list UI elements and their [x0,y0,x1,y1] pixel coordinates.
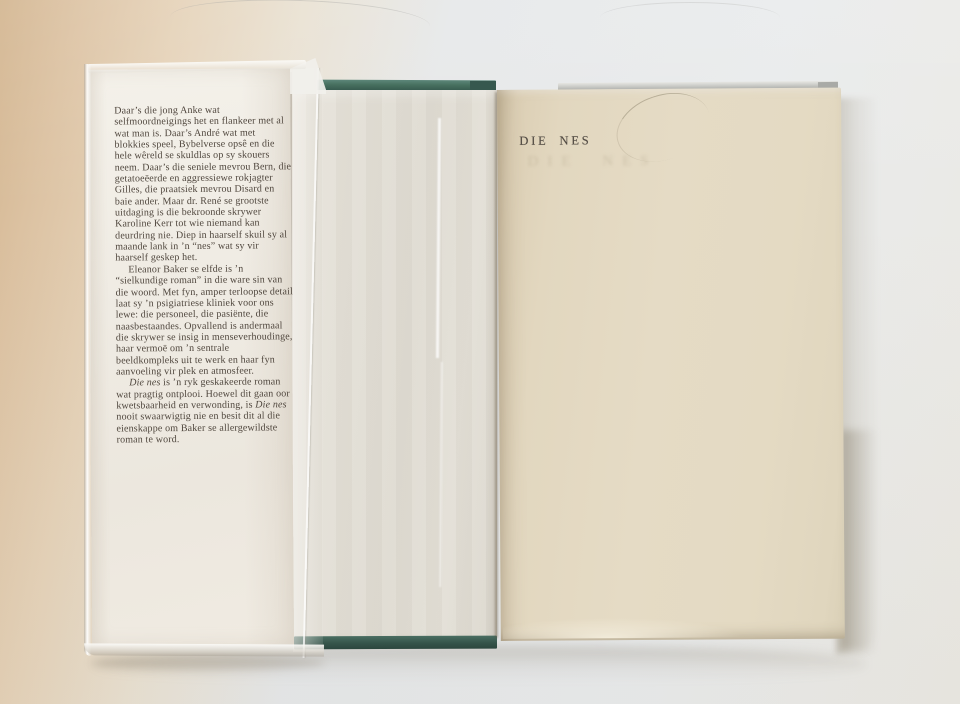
flap-text-segment: nooit swaarwigtig nie en besit dit al di… [116,411,280,446]
flap-paragraph-2: Eleanor Baker se elfde is ’n “sielkundig… [115,263,294,378]
plastic-sleeve-left-edge [84,64,91,656]
cover-board-edge-bottom [294,636,497,650]
title-page-shadow-lower [840,430,886,650]
page-curl-highlight [503,609,803,639]
backdrop-scratch [600,2,780,33]
book-title-italic: Die nes [129,377,160,388]
backdrop-scratch [169,0,430,48]
book-photo: DIE NES DIE NES Daar’s die jong Anke wat… [0,0,960,704]
flap-cast-shadow [90,656,325,670]
book-title-italic: Die nes [255,399,286,410]
dust-jacket-flap: Daar’s die jong Anke wat selfmoordneigin… [88,68,294,645]
title-page: DIE NES DIE NES [497,88,845,641]
plastic-sleeve-right [293,68,323,652]
flap-paragraph-3: Die nes is ’n ryk geskakeerde roman wat … [116,377,294,446]
flap-paragraph-1: Daar’s die jong Anke wat selfmoordneigin… [114,104,293,264]
book-title: DIE NES [519,133,591,149]
flap-blurb: Daar’s die jong Anke wat selfmoordneigin… [114,104,294,446]
plastic-sleeve-bottom-edge [84,643,324,656]
